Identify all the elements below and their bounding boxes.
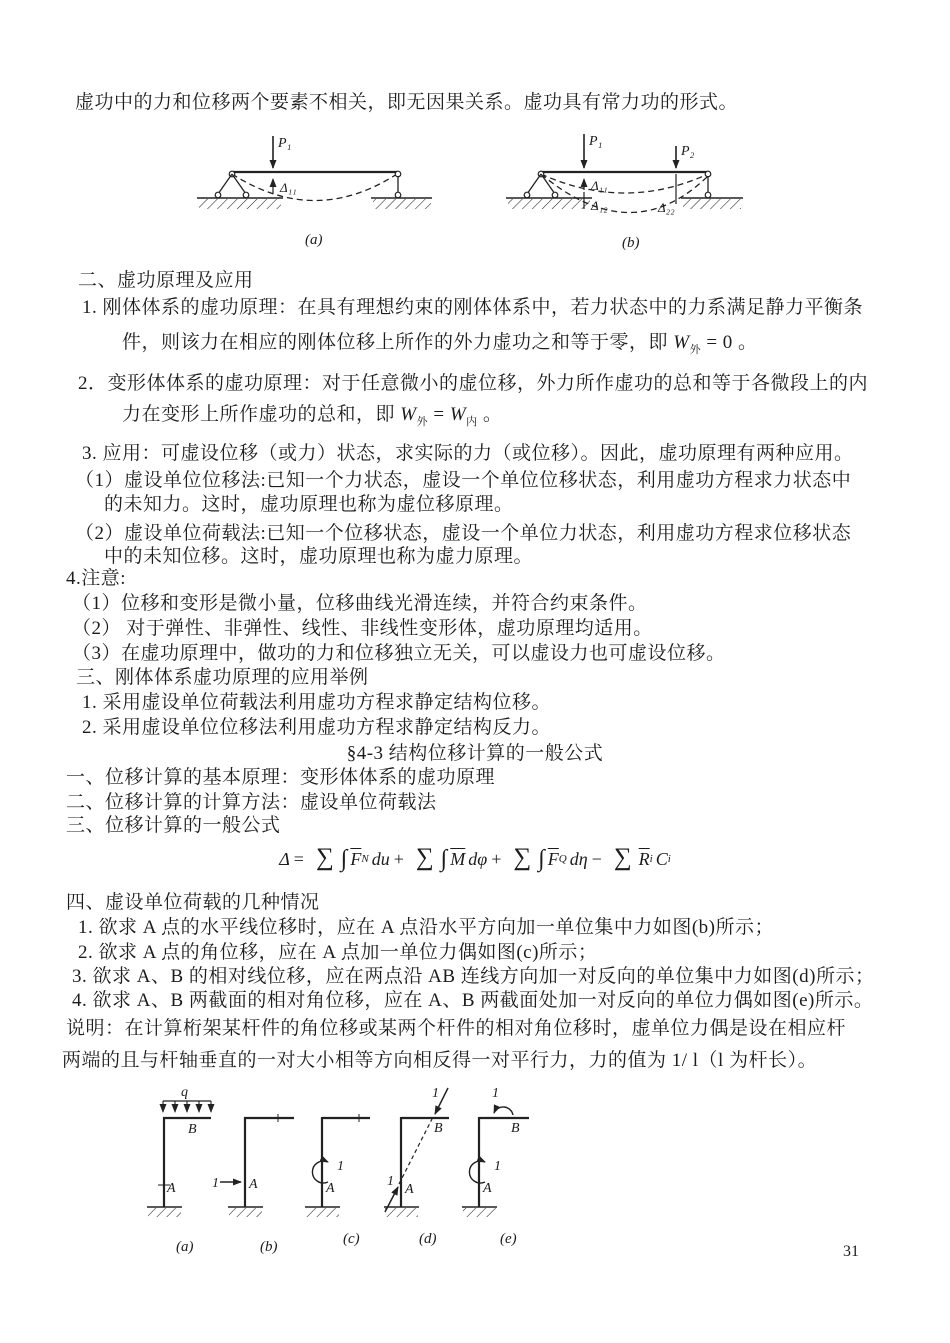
- sum-symbol: ∑: [513, 844, 531, 872]
- label-q: q: [181, 1085, 188, 1100]
- distributed-load-q: q: [163, 1085, 211, 1112]
- load-P2-arrow: P₂: [676, 144, 695, 168]
- label-A: A: [482, 1181, 492, 1196]
- delta22-indicator: Δ₂₂: [657, 174, 676, 215]
- AB-dashed-line: [399, 1119, 432, 1184]
- unit-moment-arrow-A: 1: [469, 1159, 501, 1183]
- label-1-top: 1: [432, 1086, 439, 1101]
- unit-moment-arrow-B: 1: [492, 1086, 513, 1115]
- sec43-item2: 二、位移计算的计算方法：虚设单位荷载法: [66, 790, 437, 815]
- caption-a: (a): [305, 232, 323, 248]
- subscript-i: i: [650, 853, 653, 865]
- caption-d: (d): [419, 1231, 437, 1247]
- caption-a: (a): [176, 1239, 194, 1255]
- w-symbol: W: [400, 404, 416, 425]
- label-A: A: [248, 1177, 258, 1192]
- label-P1: P₁: [277, 136, 291, 151]
- caption-b: (b): [260, 1239, 278, 1255]
- heading-sec2: 二、虚功原理及应用: [78, 268, 254, 293]
- subscript-i: i: [668, 853, 671, 865]
- sec2-note1: （1）位移和变形是微小量，位移曲线光滑连续，并符合约束条件。: [72, 591, 648, 616]
- figure-beam-a: P₁ Δ₁₁ (a): [185, 132, 465, 254]
- label-delta12: Δ₁₂: [590, 198, 608, 213]
- deta-term: dη: [570, 849, 588, 870]
- equals-sign: =: [433, 404, 444, 425]
- period: 。: [483, 404, 503, 425]
- label-A: A: [325, 1181, 335, 1196]
- label-A: A: [404, 1182, 414, 1197]
- unit-force-pair: 1 1: [385, 1086, 448, 1212]
- load-P1-arrow: P₁: [584, 134, 602, 168]
- fixed-support: [228, 1207, 263, 1217]
- reaction-symbol: R: [639, 849, 650, 870]
- sec3-item1: 1. 采用虚设单位荷载法利用虚功方程求静定结构位移。: [82, 690, 551, 715]
- label-delta22: Δ₂₂: [657, 200, 675, 215]
- unit-moment-arrow: 1: [312, 1159, 344, 1183]
- sec3-item2: 2. 采用虚设单位位移法利用虚功方程求静定结构反力。: [82, 715, 551, 740]
- label-1: 1: [337, 1159, 344, 1174]
- subscript-Q: Q: [559, 853, 567, 865]
- label-1-bottom: 1: [387, 1174, 394, 1189]
- sec2-item1-cont: 件，则该力在相应的刚体位移上所作的外力虚功之和等于零，即 W外 = 0 。: [122, 330, 758, 363]
- sec2-item3: 3. 应用：可虚设位移（或力）状态，求实际的力（或位移）。因此，虚功原理有两种应…: [82, 441, 854, 466]
- pin-support-left: [506, 171, 592, 209]
- minus-sign: −: [592, 849, 602, 870]
- unit-force-arrow: 1: [212, 1176, 241, 1191]
- sec43-item1: 一、位移计算的基本原理：变形体体系的虚功原理: [66, 765, 495, 790]
- sec2-item2b-text: 力在变形上所作虚功的总和，即: [122, 404, 395, 425]
- subscript-N: N: [361, 853, 368, 865]
- label-B: B: [511, 1121, 520, 1136]
- axial-force-symbol: F: [350, 849, 361, 870]
- w-subscript-wai: 外: [417, 416, 429, 428]
- label-P2: P₂: [680, 144, 695, 159]
- integral-symbol: ∫: [441, 846, 448, 873]
- sec4-item2: 2. 欲求 A 点的角位移，应在 A 点加一单位力偶如图(c)所示；: [78, 940, 597, 965]
- du-term: du: [372, 849, 390, 870]
- sec2-item1: 1. 刚体体系的虚功原理：在具有理想约束的刚体体系中，若力状态中的力系满足静力平…: [82, 295, 863, 320]
- figure-frame-e: 1 B 1 A (e): [450, 1085, 560, 1260]
- plus-sign: +: [491, 849, 501, 870]
- sec2-sub1-cont: 的未知力。这时，虚功原理也称为虚位移原理。: [104, 492, 514, 517]
- equals-sign: =: [294, 849, 304, 870]
- sec4-note2: 两端的且与杆轴垂直的一对大小相等方向相反得一对平行力，力的值为 1/ l（l 为…: [62, 1048, 817, 1073]
- sec43-item3: 三、位移计算的一般公式: [66, 813, 281, 838]
- caption-b: (b): [622, 235, 640, 251]
- figure-beam-b: P₁ P₂ Δ₁₁ Δ₁₂ Δ₂₂: [492, 130, 782, 255]
- roller-support-right: [681, 171, 743, 209]
- delta-symbol: Δ: [279, 849, 290, 870]
- intro-line: 虚功中的力和位移两个要素不相关，即无因果关系。虚功具有常力功的形式。: [75, 90, 738, 115]
- label-P1: P₁: [588, 134, 602, 149]
- sec4-item1: 1. 欲求 A 点的水平线位移时，应在 A 点沿水平方向加一单位集中力如图(b)…: [78, 915, 774, 940]
- scanned-textbook-page: 虚功中的力和位移两个要素不相关，即无因果关系。虚功具有常力功的形式。 P₁ Δ₁…: [0, 0, 950, 1343]
- sec2-item2-cont: 力在变形上所作虚功的总和，即 W外 = W内 。: [122, 402, 502, 435]
- sec2-item2: 2．变形体体系的虚功原理：对于任意微小的虚位移，外力所作虚功的总和等于各微段上的…: [78, 371, 868, 396]
- label-B: B: [188, 1122, 197, 1137]
- sec2-note2: （2） 对于弹性、非弹性、线性、非线性变形体，虚功原理均适用。: [72, 616, 653, 641]
- roller-support-right: [371, 171, 432, 209]
- sum-symbol: ∑: [316, 844, 334, 872]
- dphi-term: dφ: [468, 849, 487, 870]
- w-symbol: W: [450, 404, 466, 425]
- sec2-sub1: （1）虚设单位位移法:已知一个力状态，虚设一个单位位移状态，利用虚功方程求力状态…: [75, 468, 851, 493]
- sec4-item4: 4. 欲求 A、B 两截面的相对角位移，应在 A、B 两截面处加一对反向的单位力…: [72, 988, 873, 1013]
- moment-symbol: M: [450, 849, 465, 870]
- load-P1-arrow: P₁: [273, 136, 291, 168]
- fixed-support: [305, 1207, 340, 1217]
- integral-symbol: ∫: [341, 846, 348, 873]
- deflection-curve-1: [541, 174, 708, 193]
- label-1: 1: [212, 1176, 219, 1191]
- sec2-sub2: （2）虚设单位荷载法:已知一个位移状态，虚设一个单位力状态，利用虚功方程求位移状…: [75, 521, 851, 546]
- sum-symbol: ∑: [614, 844, 632, 872]
- sec2-note3: （3）在虚功原理中，做功的力和位移独立无关，可以虚设力也可虚设位移。: [72, 641, 726, 666]
- sec4-item3: 3. 欲求 A、B 的相对线位移，应在两点沿 AB 连线方向加一对反向的单位集中…: [72, 964, 874, 989]
- label-delta11: Δ₁₁: [279, 180, 297, 195]
- sec2-sub2-cont: 中的未知位移。这时，虚功原理也称为虚力原理。: [104, 544, 533, 569]
- heading-sec3: 三、刚体体系虚功原理的应用举例: [76, 665, 369, 690]
- caption-e: (e): [500, 1231, 517, 1247]
- delta11-indicator: Δ₁₁: [273, 179, 297, 195]
- label-1-B: 1: [492, 1086, 499, 1101]
- integral-symbol: ∫: [538, 846, 545, 873]
- sec2-item1b-text: 件，则该力在相应的刚体位移上所作的外力虚功之和等于零，即: [122, 332, 668, 353]
- section-title-4-3: §4-3 结构位移计算的一般公式: [0, 741, 950, 766]
- label-1-A: 1: [494, 1159, 501, 1174]
- sec2-item1b-tail: = 0 。: [706, 332, 757, 353]
- deflection-curve: [232, 174, 397, 201]
- label-B: B: [434, 1121, 443, 1136]
- shear-force-symbol: F: [548, 849, 559, 870]
- general-displacement-formula: Δ = ∑ ∫ FN du + ∑ ∫ M dφ + ∑ ∫ FQ dη − ∑…: [0, 845, 950, 873]
- sec4-note1: 说明：在计算桁架某杆件的角位移或某两个杆件的相对角位移时，虚单位力偶是设在相应杆: [66, 1016, 846, 1041]
- support-displacement-symbol: C: [656, 849, 668, 870]
- sum-symbol: ∑: [416, 844, 434, 872]
- w-subscript-wai: 外: [690, 344, 702, 356]
- label-delta11: Δ₁₁: [590, 178, 608, 193]
- fixed-support: [462, 1207, 497, 1217]
- delta11-indicator: Δ₁₁: [584, 178, 608, 193]
- heading-sec4: 四、虚设单位荷载的几种情况: [66, 890, 320, 915]
- w-symbol: W: [673, 332, 689, 353]
- sec2-item4: 4.注意:: [66, 566, 126, 591]
- caption-c: (c): [343, 1231, 360, 1247]
- label-A: A: [166, 1181, 176, 1196]
- fixed-support: [384, 1207, 419, 1217]
- pin-support-left: [197, 171, 283, 209]
- plus-sign: +: [394, 849, 404, 870]
- fixed-support: [147, 1207, 182, 1217]
- page-number: 31: [843, 1243, 859, 1261]
- w-subscript-nei: 内: [466, 416, 478, 428]
